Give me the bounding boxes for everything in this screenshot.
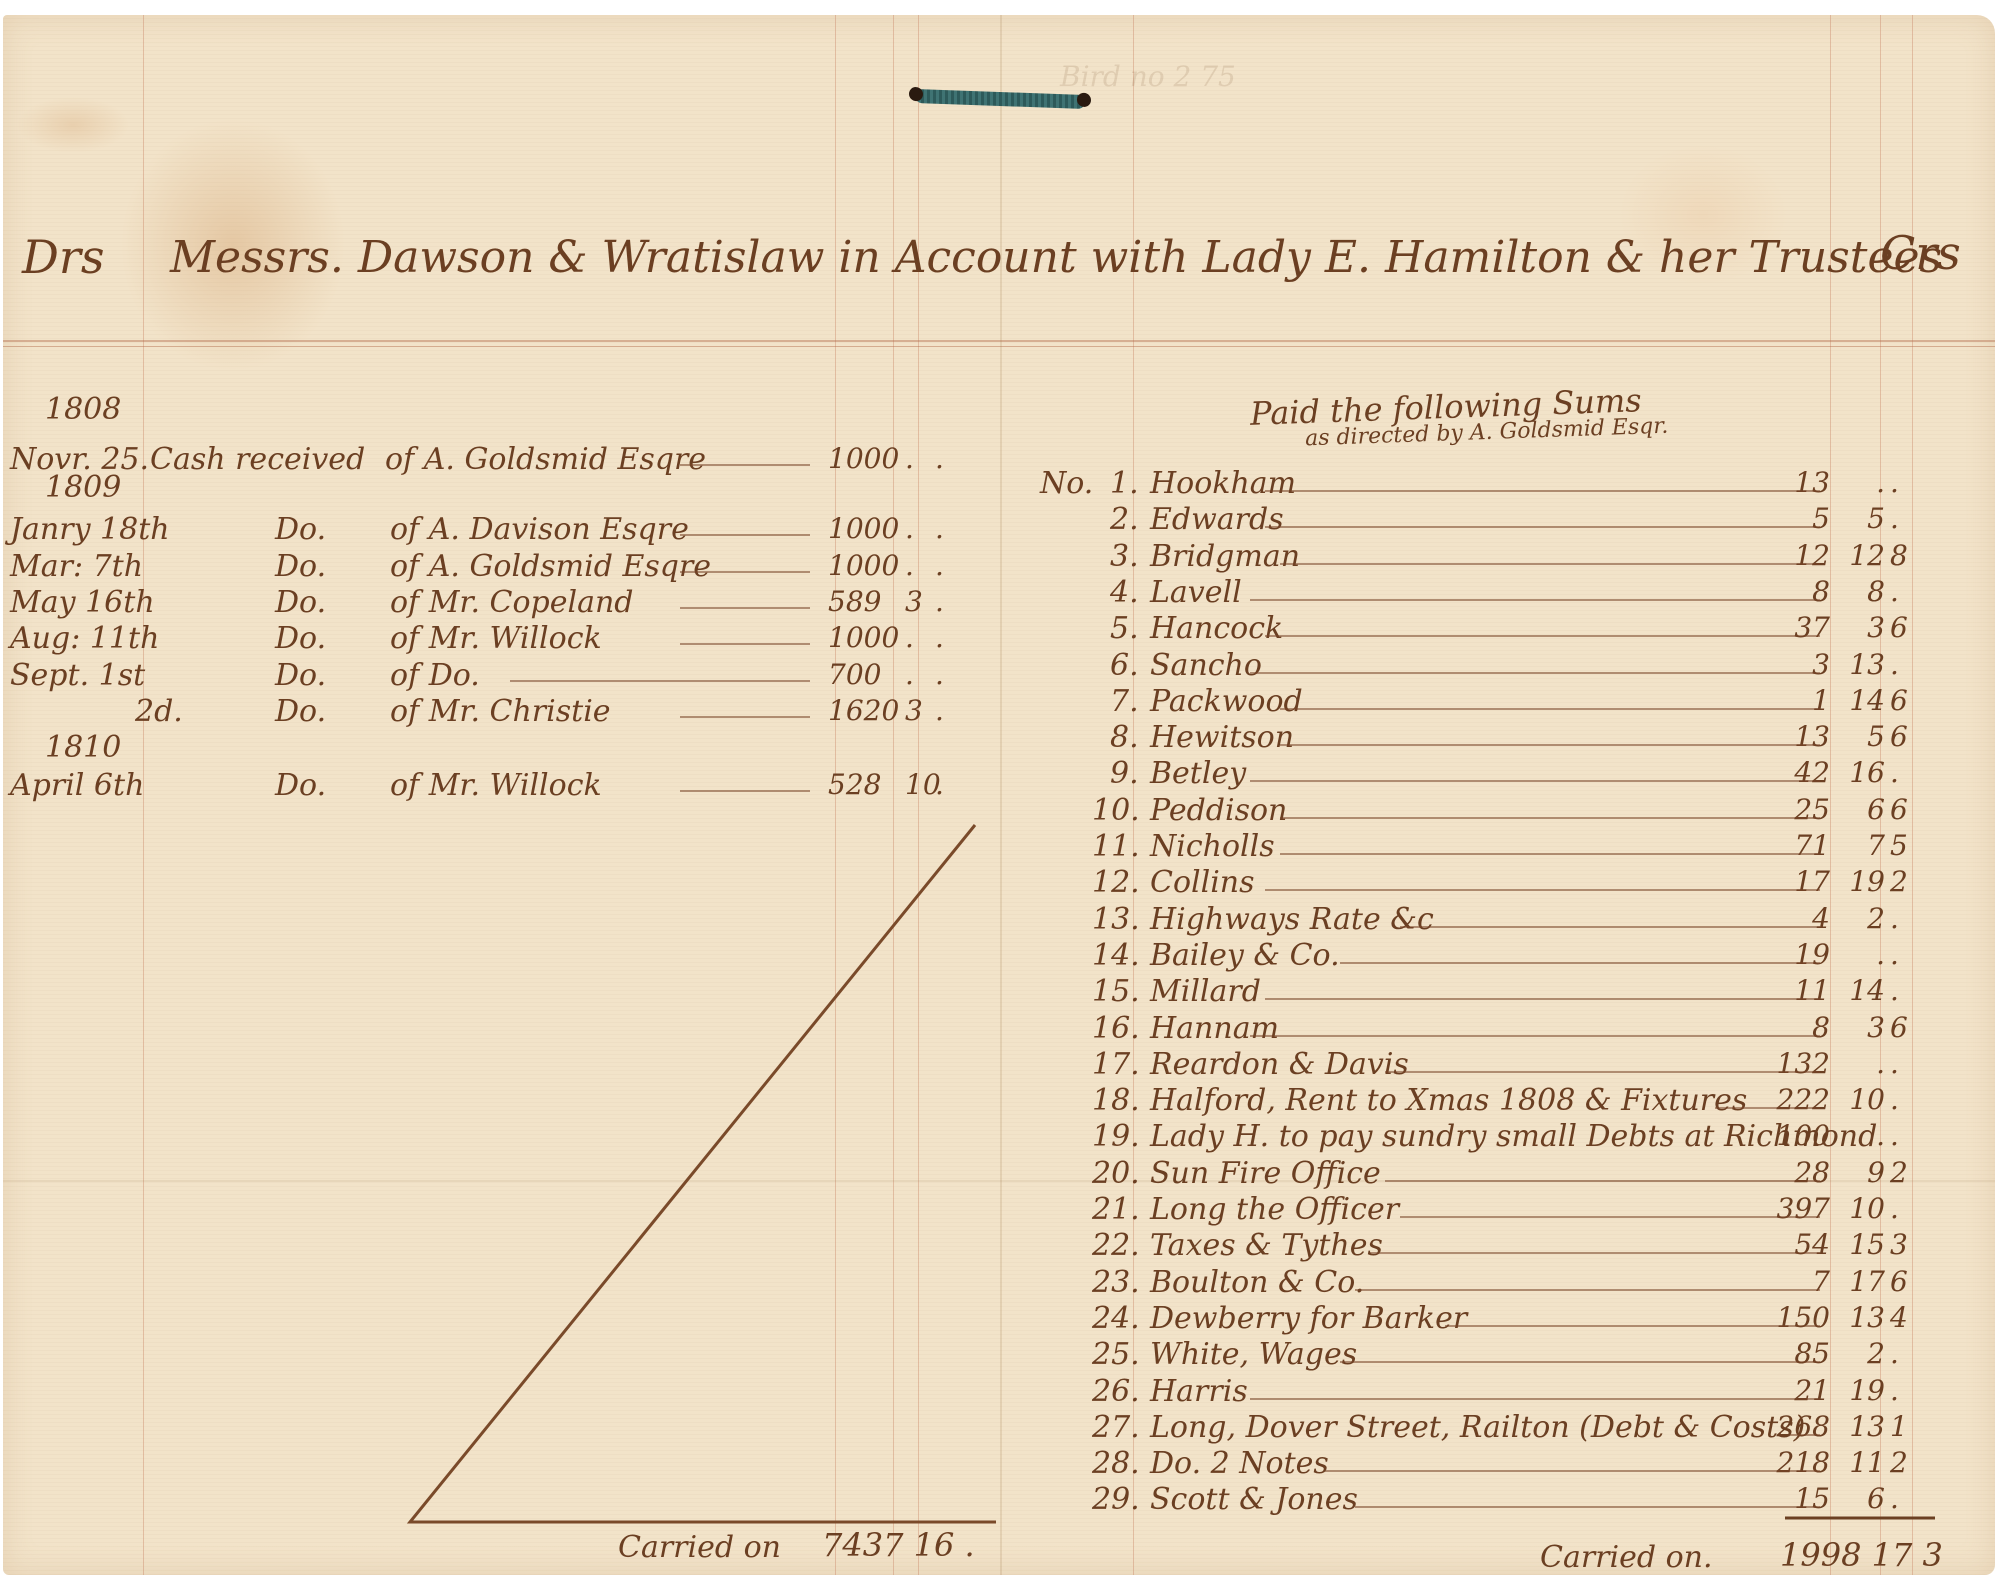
leader-dash (1445, 1325, 1820, 1327)
entry-payee: Betley (1150, 756, 1246, 791)
leader-dash (1265, 998, 1820, 1000)
entry-shillings: 10 (1845, 1192, 1885, 1225)
entry-pounds: 4 (1760, 902, 1830, 935)
entry-number: 5. (1110, 611, 1139, 646)
entry-pounds: 19 (1760, 938, 1830, 971)
leader-dash (1250, 1035, 1820, 1037)
entry-shillings: 5 (1845, 502, 1885, 535)
entry-pence: . (1890, 1192, 1899, 1225)
leader-dash (1280, 853, 1820, 855)
leader-dash (1265, 635, 1820, 637)
entry-pence: . (1890, 575, 1899, 608)
entry-payee: Sancho (1150, 648, 1262, 683)
entry-pence: . (1890, 1337, 1899, 1370)
entry-payee: Reardon & Davis (1150, 1047, 1409, 1082)
entry-pounds: 222 (1760, 1083, 1830, 1116)
entry-shillings: 3 (1845, 1011, 1885, 1044)
entry-pence: . (1890, 902, 1899, 935)
leader-dash (1250, 599, 1820, 601)
entry-shillings: 13 (1845, 1301, 1885, 1334)
entry-pounds: 100 (1760, 1119, 1830, 1152)
entry-pounds: 150 (1760, 1301, 1830, 1334)
entry-shillings: 14 (1845, 974, 1885, 1007)
leader-dash (1280, 744, 1820, 746)
leader-dash (1340, 962, 1820, 964)
entry-number: 29. (1092, 1482, 1140, 1517)
entry-pence: . (1890, 1119, 1899, 1152)
entry-number: 22. (1092, 1228, 1140, 1263)
entry-shillings: 5 (1845, 720, 1885, 753)
entry-payee: Boulton & Co. (1150, 1265, 1364, 1300)
entry-payee: Millard (1150, 974, 1261, 1009)
entry-shillings: 3 (1845, 611, 1885, 644)
entry-payee: Bailey & Co. (1150, 938, 1340, 973)
entry-pounds: 13 (1760, 720, 1830, 753)
entry-payee: Edwards (1150, 502, 1284, 537)
entry-shillings: 6 (1845, 1482, 1885, 1515)
entry-shillings: 11 (1845, 1446, 1885, 1479)
entry-pounds: 218 (1760, 1446, 1830, 1479)
entry-pence: . (1890, 974, 1899, 1007)
entry-pounds: 8 (1760, 1011, 1830, 1044)
entry-number: 18. (1092, 1083, 1140, 1118)
entry-shillings: 19 (1845, 1374, 1885, 1407)
entry-payee: Peddison (1150, 793, 1287, 828)
credit-carried-total: 1998 17 3 (1780, 1536, 1943, 1574)
entry-shillings: 17 (1845, 1265, 1885, 1298)
leader-dash (1355, 1289, 1820, 1291)
entry-payee: Collins (1150, 865, 1255, 900)
entry-payee: Highways Rate &c (1150, 902, 1434, 937)
entry-payee: Taxes & Tythes (1150, 1228, 1383, 1263)
entry-shillings: 13 (1845, 1410, 1885, 1443)
entry-pounds: 85 (1760, 1337, 1830, 1370)
leader-dash (1340, 1361, 1820, 1363)
entry-number: 15. (1092, 974, 1140, 1009)
entry-number: 9. (1110, 756, 1139, 791)
entry-pence: 2 (1890, 1156, 1908, 1189)
entry-pounds: 37 (1760, 611, 1830, 644)
entry-pounds: 5 (1760, 502, 1830, 535)
entry-pounds: 12 (1760, 539, 1830, 572)
entry-pounds: 8 (1760, 575, 1830, 608)
entry-pence: 6 (1890, 611, 1908, 644)
entry-number: 20. (1092, 1156, 1140, 1191)
entry-shillings: 7 (1845, 829, 1885, 862)
entry-shillings: . (1845, 466, 1885, 499)
entry-pence: . (1890, 756, 1899, 789)
leader-dash (1400, 926, 1820, 928)
entry-number: 25. (1092, 1337, 1140, 1372)
leader-dash (1325, 1470, 1820, 1472)
entry-pounds: 7 (1760, 1265, 1830, 1298)
leader-dash (1385, 1180, 1820, 1182)
leader-dash (1715, 1107, 1820, 1109)
entry-number: 12. (1092, 865, 1140, 900)
entry-shillings: . (1845, 1047, 1885, 1080)
entry-pounds: 54 (1760, 1228, 1830, 1261)
entry-number: 21. (1092, 1192, 1140, 1227)
leader-dash (1280, 563, 1820, 565)
entry-payee: Nicholls (1150, 829, 1275, 864)
entry-pence: . (1890, 1047, 1899, 1080)
credit-carried-label: Carried on. (1540, 1540, 1713, 1575)
entry-pounds: 42 (1760, 756, 1830, 789)
entry-payee: Hewitson (1150, 720, 1294, 755)
leader-dash (1790, 1434, 1820, 1436)
entry-pence: 1 (1890, 1410, 1908, 1443)
entry-pence: . (1890, 1374, 1899, 1407)
entry-payee: Sun Fire Office (1150, 1156, 1381, 1191)
entry-pence: 2 (1890, 1446, 1908, 1479)
entry-pence: 6 (1890, 684, 1908, 717)
entry-pounds: 71 (1760, 829, 1830, 862)
entry-shillings: 16 (1845, 756, 1885, 789)
entry-pounds: 11 (1760, 974, 1830, 1007)
entry-number: 7. (1110, 684, 1139, 719)
leader-dash (1280, 817, 1820, 819)
entry-pounds: 25 (1760, 793, 1830, 826)
entry-payee: Hookham (1150, 466, 1296, 501)
entry-number: 28. (1092, 1446, 1140, 1481)
entry-pence: 8 (1890, 539, 1908, 572)
entry-payee: Dewberry for Barker (1150, 1301, 1467, 1336)
entry-payee: Lavell (1150, 575, 1242, 610)
entry-shillings: 14 (1845, 684, 1885, 717)
entry-number: 4. (1110, 575, 1139, 610)
entry-pounds: 13 (1760, 466, 1830, 499)
entry-pounds: 21 (1760, 1374, 1830, 1407)
leader-dash (1250, 780, 1820, 782)
entry-payee: Halford, Rent to Xmas 1808 & Fixtures (1150, 1083, 1747, 1118)
entry-payee: Packwood (1150, 684, 1303, 719)
entry-number: 10. (1092, 793, 1140, 828)
entry-pounds: 28 (1760, 1156, 1830, 1189)
entry-number: 1. (1110, 466, 1139, 501)
entry-shillings: 9 (1845, 1156, 1885, 1189)
entry-payee: Long, Dover Street, Railton (Debt & Cost… (1150, 1410, 1805, 1445)
entry-number: 3. (1110, 539, 1139, 574)
leader-dash (1265, 490, 1820, 492)
entry-shillings: 12 (1845, 539, 1885, 572)
entry-number: 11. (1092, 829, 1140, 864)
entry-payee: White, Wages (1150, 1337, 1357, 1372)
entry-payee: Hannam (1150, 1011, 1279, 1046)
entry-pence: . (1890, 648, 1899, 681)
entry-pounds: 268 (1760, 1410, 1830, 1443)
entry-pence: 6 (1890, 793, 1908, 826)
entry-shillings: 10 (1845, 1083, 1885, 1116)
leader-dash (1265, 526, 1820, 528)
entry-pence: . (1890, 502, 1899, 535)
entry-shillings: 2 (1845, 902, 1885, 935)
entry-number: 8. (1110, 720, 1139, 755)
entry-pounds: 397 (1760, 1192, 1830, 1225)
leader-dash (1400, 1216, 1820, 1218)
entry-number: 14. (1092, 938, 1140, 973)
leader-dash (1250, 672, 1820, 674)
entry-number: 19. (1092, 1119, 1140, 1154)
entry-number: 26. (1092, 1374, 1140, 1409)
entry-pence: 5 (1890, 829, 1908, 862)
entry-shillings: 2 (1845, 1337, 1885, 1370)
entry-number: 2. (1110, 502, 1139, 537)
entry-pence: . (1890, 938, 1899, 971)
entry-payee: Do. 2 Notes (1150, 1446, 1329, 1481)
leader-dash (1370, 1252, 1820, 1254)
debit-carried-total: 7437 16 . (822, 1526, 975, 1564)
entry-pounds: 15 (1760, 1482, 1830, 1515)
entry-payee: Harris (1150, 1374, 1248, 1409)
entry-pence: 6 (1890, 1265, 1908, 1298)
entry-shillings: 15 (1845, 1228, 1885, 1261)
entry-pence: 3 (1890, 1228, 1908, 1261)
entry-shillings: 19 (1845, 865, 1885, 898)
entry-number: 17. (1092, 1047, 1140, 1082)
entry-pence: . (1890, 466, 1899, 499)
entry-pounds: 17 (1760, 865, 1830, 898)
leader-dash (1250, 1398, 1820, 1400)
entry-pence: 6 (1890, 1011, 1908, 1044)
leader-dash (1265, 889, 1820, 891)
entry-pence: . (1890, 1482, 1899, 1515)
entry-number: 27. (1092, 1410, 1140, 1445)
entry-payee: Scott & Jones (1150, 1482, 1358, 1517)
entry-pence: 4 (1890, 1301, 1908, 1334)
entry-number: 6. (1110, 648, 1139, 683)
entry-pence: 2 (1890, 865, 1908, 898)
entry-shillings: . (1845, 1119, 1885, 1152)
entry-payee: Bridgman (1150, 539, 1300, 574)
entry-payee: Hancock (1150, 611, 1283, 646)
debit-carried-label: Carried on (618, 1530, 781, 1565)
entry-number: 13. (1092, 902, 1140, 937)
entry-shillings: 8 (1845, 575, 1885, 608)
entry-number: 24. (1092, 1301, 1140, 1336)
entry-shillings: . (1845, 938, 1885, 971)
entry-pence: 6 (1890, 720, 1908, 753)
entry-number: 16. (1092, 1011, 1140, 1046)
entry-shillings: 13 (1845, 648, 1885, 681)
entry-shillings: 6 (1845, 793, 1885, 826)
entry-pounds: 1 (1760, 684, 1830, 717)
leader-dash (1355, 1506, 1820, 1508)
entry-pence: . (1890, 1083, 1899, 1116)
entry-number: 23. (1092, 1265, 1140, 1300)
entry-pounds: 3 (1760, 648, 1830, 681)
leader-dash (1280, 708, 1820, 710)
number-label: No. (1040, 466, 1093, 501)
cancellation-triangle (0, 0, 2000, 1578)
entry-pounds: 132 (1760, 1047, 1830, 1080)
entry-payee: Long the Officer (1150, 1192, 1399, 1227)
leader-dash (1385, 1071, 1820, 1073)
